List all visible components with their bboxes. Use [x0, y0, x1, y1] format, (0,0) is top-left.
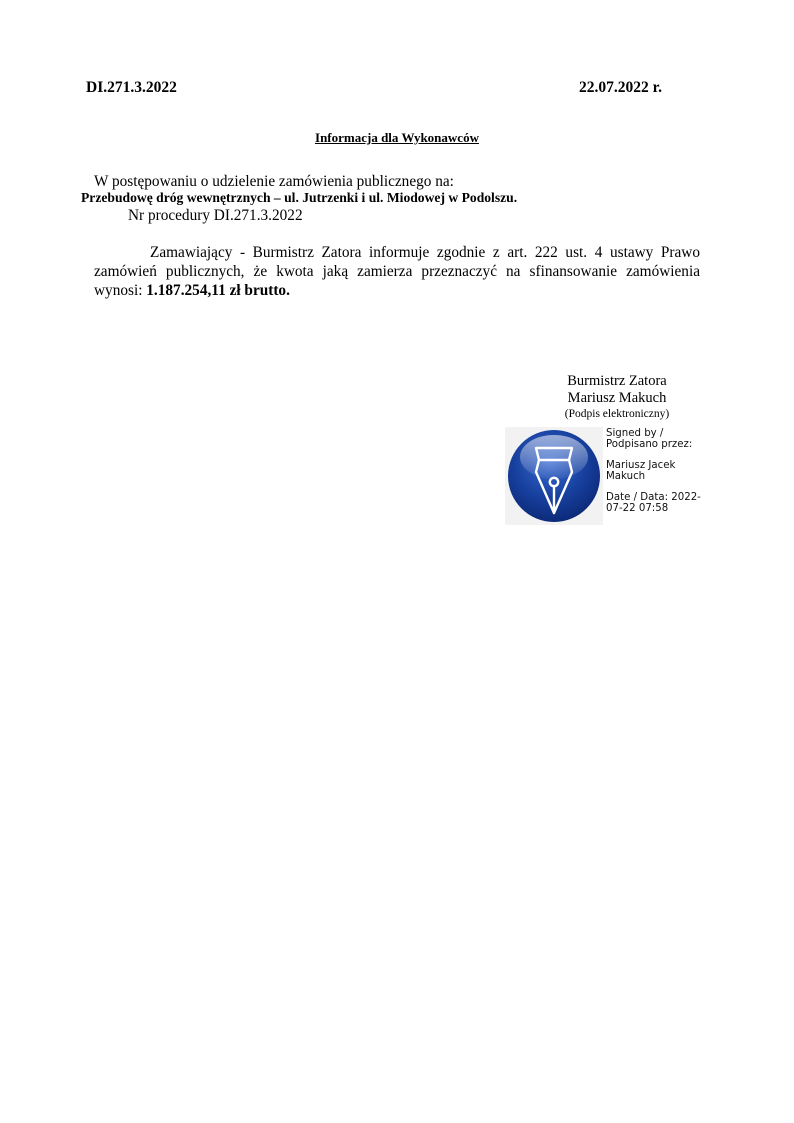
e-signature-badge — [505, 427, 603, 525]
signatory-title: Burmistrz Zatora — [547, 373, 687, 390]
procurement-subject: Przebudowę dróg wewnętrznych – ul. Jutrz… — [81, 190, 517, 206]
document-title: Informacja dla Wykonawców — [0, 130, 794, 146]
signature-date-label: Date / Data: 2022- — [606, 492, 711, 503]
signatory-name: Mariusz Makuch — [547, 390, 687, 407]
signer-name: Mariusz Jacek — [606, 460, 711, 471]
document-reference-number: DI.271.3.2022 — [86, 79, 177, 97]
budget-amount: 1.187.254,11 zł brutto. — [146, 282, 290, 299]
budget-paragraph: Zamawiający - Burmistrz Zatora informuje… — [94, 243, 700, 300]
signature-note: (Podpis elektroniczny) — [547, 407, 687, 422]
signed-by-label-pl: Podpisano przez: — [606, 439, 711, 450]
signer-surname: Makuch — [606, 471, 711, 482]
procedure-number: Nr procedury DI.271.3.2022 — [128, 207, 303, 225]
signed-by-label: Signed by / — [606, 428, 711, 439]
intro-text: W postępowaniu o udzielenie zamówienia p… — [94, 173, 454, 190]
signature-block: Burmistrz Zatora Mariusz Makuch (Podpis … — [547, 373, 687, 422]
document-date: 22.07.2022 r. — [579, 79, 662, 97]
fountain-pen-nib-icon — [505, 427, 603, 525]
signature-date-value: 07-22 07:58 — [606, 503, 711, 514]
signature-details: Signed by / Podpisano przez: Mariusz Jac… — [606, 428, 711, 524]
